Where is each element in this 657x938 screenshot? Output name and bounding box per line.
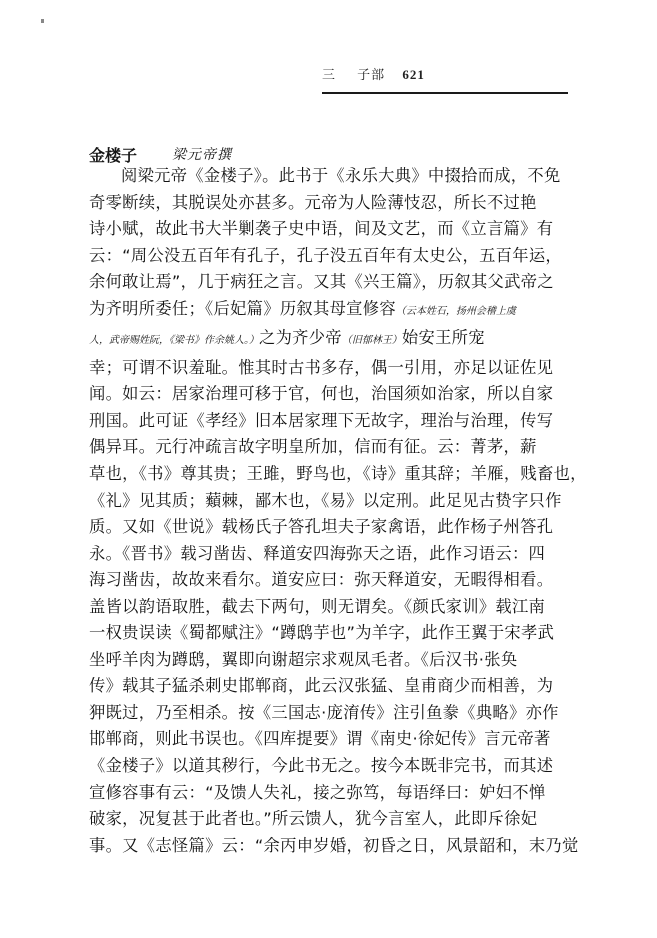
text-line: 一权贵误读《蜀都赋注》“蹲鸱芋也”为羊字，此作王翼于宋孝武	[89, 620, 571, 647]
text-segment: 之为齐少帝	[259, 328, 342, 347]
text-line: 永。《晋书》载习凿齿、释道安四海弥天之语，此作习语云：四	[89, 541, 571, 568]
page-number: 621	[402, 67, 425, 82]
annotation-note: 人，武帝赐姓阮，《梁书》作余姚人。）	[89, 335, 259, 346]
text-line: 宣修容事有云：“及馈人失礼，接之弥笃，每语绎曰：妒妇不惮	[89, 780, 571, 807]
text-line: 质。又如《世说》载杨氏子答孔坦夫子家禽语，此作杨子州答孔	[89, 514, 571, 541]
text-line: 奇零断续，其脱误处亦甚多。元帝为人险薄忮忍，所长不过艳	[89, 190, 571, 217]
text-line: 《金楼子》以道其秽行，今此书无之。按今本既非完书，而其述	[89, 753, 571, 780]
text-line: 坐呼羊肉为蹲鸱，翼即向谢超宗求观凤毛者。《后汉书·张奂	[89, 647, 571, 674]
text-line: 为齐明所委任；《后妃篇》历叙其母宣修容（云本姓石，扬州会稽上虞	[89, 296, 571, 326]
text-line: 诗小赋，故此书大半剿袭子史中语，间及文艺，而《立言篇》有	[89, 216, 571, 243]
part-title: 子部	[357, 68, 385, 83]
text-line: 闻。如云：居家治理可移于官，何也，治国须如治家，所以自家	[89, 381, 571, 408]
text-segment: 为齐明所委任；《后妃篇》历叙其母宣修容	[89, 299, 396, 318]
annotation-note: （云本姓石，扬州会稽上虞	[396, 306, 516, 317]
section-number: 三	[322, 68, 336, 83]
text-line: 邯郸商，则此书误也。《四库提要》谓《南史·徐妃传》言元帝著	[89, 726, 571, 753]
text-line: 云：“周公没五百年有孔子，孔子没五百年有太史公，五百年运，	[89, 243, 571, 270]
text-line: 阅梁元帝《金楼子》。此书于《永乐大典》中掇拾而成，不免	[89, 163, 571, 190]
text-line: 破家，况复甚于此者也。”所云馈人，犹今言室人，此即斥徐妃	[89, 806, 571, 833]
text-line: 余何敢让焉”，几于病狂之言。又其《兴王篇》，历叙其父武帝之	[89, 269, 571, 296]
text-line: 草也，《书》尊其贵；王雎，野鸟也，《诗》重其辞；羊雁，贱畜也，	[89, 461, 571, 488]
scan-mark	[41, 19, 44, 23]
text-line: 偶异耳。元行冲疏言故字明皇所加，信而有征。云：菁茅，薪	[89, 434, 571, 461]
text-line: 狎既过，乃至相杀。按《三国志·庞淯传》注引鱼豢《典略》亦作	[89, 700, 571, 727]
header-rule	[322, 92, 568, 94]
annotation-note: （旧郁林王）	[342, 335, 402, 346]
text-line: 刑国。此可证《孝经》旧本居家理下无故字，理治与治理，传写	[89, 408, 571, 435]
text-segment: 始安王所宠	[402, 328, 485, 347]
text-line: 事。又《志怪篇》云：“余丙申岁婚，初昏之日，风景韶和，末乃觉	[89, 833, 571, 860]
text-line: 《礼》见其质；蘱棘，鄙木也，《易》以定刑。此足见古贽字只作	[89, 488, 571, 515]
text-line: 幸；可谓不识羞耻。惟其时古书多存，偶一引用，亦足以证佐见	[89, 355, 571, 382]
text-line: 海习凿齿，故故来看尔。道安应曰：弥天释道安，无暇得相看。	[89, 567, 571, 594]
text-line: 人，武帝赐姓阮，《梁书》作余姚人。）之为齐少帝（旧郁林王）始安王所宠	[89, 325, 571, 355]
running-head: 三 子部 621	[322, 64, 425, 83]
text-line: 传》载其子猛杀刺史邯郸商，此云汉张猛、皇甫商少而相善，为	[89, 673, 571, 700]
body-text: 阅梁元帝《金楼子》。此书于《永乐大典》中掇拾而成，不免 奇零断续，其脱误处亦甚多…	[89, 163, 571, 859]
text-line: 盖皆以韵语取胜，截去下两句，则无谓矣。《颜氏家训》载江南	[89, 594, 571, 621]
entry-author: 梁元帝撰	[172, 144, 232, 164]
